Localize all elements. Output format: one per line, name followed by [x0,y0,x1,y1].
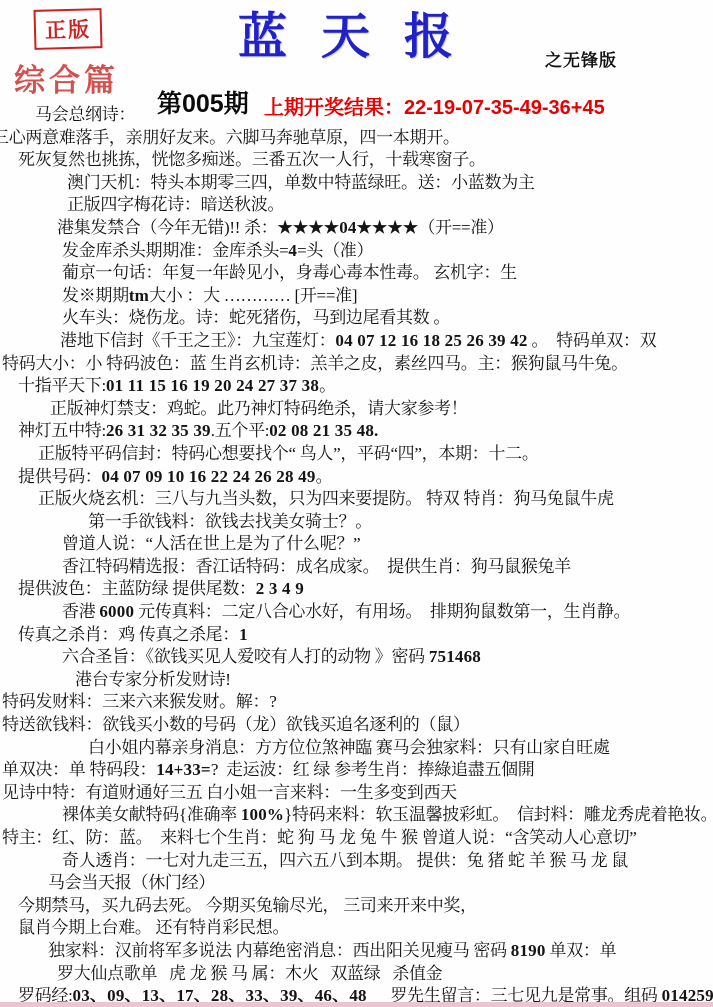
content-line: 港台专家分析发财诗! [75,669,713,692]
content-line: 三心两意难落手，亲朋好友来。六脚马奔驰草原，四一本期开。 [0,127,713,150]
text-segment: 正版四字梅花诗：暗送秋波。 [67,195,284,214]
number-segment: 14+33= [156,760,211,779]
content-line: 香江特码精选报：香江话特码：成名成家。 提供生肖：狗马鼠猴兔羊 [62,556,713,579]
text-segment: }特码来料：软玉温馨披彩虹。 信封料：雕龙秀虎着艳妆。 [284,805,713,824]
text-segment: 单双：单 [546,941,617,960]
text-segment: 正版火烧玄机：三八与九当头数，只为四来要提防。 特双 特肖：狗马兔鼠牛虎 [38,489,614,508]
text-segment: =头（准） [297,241,373,260]
content-line: 提供波色：主蓝防绿 提供尾数：2 3 4 9 [18,578,713,601]
content-line: 十指平天下:01 11 15 16 19 20 24 27 37 38。 [18,375,713,398]
text-segment: 三心两意难落手，亲朋好友来。六脚马奔驰草原，四一本期开。 [0,128,460,147]
page-title: 蓝天报 [238,0,487,68]
content-line: 单双决：单 特码段：14+33=? 走运波：红 绿 参考生肖：捧綠追盡五個開 [2,759,713,782]
text-segment: 马会总纲诗： [35,105,135,124]
text-segment: 正版特平码信封：特码心想要找个“ 鸟人”，平码“四”，本期：十二。 [38,444,539,463]
text-segment: 神灯五中特: [18,421,106,440]
number-segment: 4 [288,241,297,260]
text-segment: 港地下信封《千王之王》：九宝莲灯： [60,331,335,350]
content-line: 白小姐内幕亲身消息：方方位位煞神臨 赛马会独家料：只有山家自旺處 [88,737,713,760]
content-line: 葡京一句话：年复一年龄见小，身毒心毒本性毒。 玄机字：生 [62,262,713,285]
text-segment: 单双决：单 特码段： [2,760,156,779]
content-line: 马会总纲诗： [35,104,713,127]
content-line: 火车头：烧伤龙。诗：蛇死猪伤，马到边尾看其数 。 [62,307,713,330]
genuine-badge: 正版 [33,8,102,50]
bluesky-report-page: 正版 蓝天报 之无锋版 综合篇 第005期 上期开奖结果：22-19-07-35… [0,0,713,1007]
section-label: 综合篇 [14,55,119,100]
edition-label: 之无锋版 [545,46,617,71]
content-lines: 马会总纲诗：三心两意难落手，亲朋好友来。六脚马奔驰草原，四一本期开。死灰复然也挑… [0,104,713,1007]
number-segment: 26 31 32 35 39 [106,421,211,440]
number-segment: 01 11 15 16 19 20 24 27 37 38 [106,376,319,395]
text-segment: 港台专家分析发财诗! [75,670,231,689]
content-line: 今期禁马，买九码去死。 今期买兔输尽光， 三司来开来中奖， [18,895,713,918]
content-line: 特送欲钱料：欲钱买小数的号码（龙）欲钱买追名逐利的（鼠） [2,714,713,737]
number-segment: 1 [239,625,248,644]
text-segment: .五个平: [211,421,269,440]
content-line: 曾道人说：“人活在世上是为了什么呢？” [62,533,713,556]
text-segment: 发金库杀头期期准：金库杀头= [62,241,288,260]
number-segment: 751468 [429,647,481,666]
text-segment: 正版神灯禁支：鸡蛇。此乃神灯特码绝杀，请大家参考！ [50,399,468,418]
content-line: 正版特平码信封：特码心想要找个“ 鸟人”，平码“四”，本期：十二。 [38,443,713,466]
text-segment: （开==准） [418,218,503,237]
text-segment: 特送欲钱料：欲钱买小数的号码（龙）欲钱买追名逐利的（鼠） [2,715,470,734]
text-segment: 火车头：烧伤龙。诗：蛇死猪伤，马到边尾看其数 。 [62,308,450,327]
text-segment: ? 走运波：红 绿 参考生肖：捧綠追盡五個開 [211,760,535,779]
content-line: 正版四字梅花诗：暗送秋波。 [67,194,713,217]
number-segment: ★★★★04★★★★ [277,218,418,237]
text-segment: 特码大小：小 特码波色：蓝 生肖玄机诗：羔羊之皮，素丝四马。主：猴狗鼠马牛兔。 [2,354,628,373]
content-line: 见诗中特：有道财通好三五 白小姐一言来料：一生多变到西天 [2,782,713,805]
content-line: 正版火烧玄机：三八与九当头数，只为四来要提防。 特双 特肖：狗马兔鼠牛虎 [38,488,713,511]
text-segment: 白小姐内幕亲身消息：方方位位煞神臨 赛马会独家料：只有山家自旺處 [88,738,610,757]
text-segment: 提供波色：主蓝防绿 提供尾数： [18,579,256,598]
text-segment: 大小 ：大 ………… [开==准] [149,286,357,305]
text-segment: 独家料：汉前将军多说法 内幕绝密消息：西出阳关见瘦马 密码 [48,941,511,960]
content-line: 特码发财料：三来六来猴发财。解：? [2,691,713,714]
text-segment: 。 [319,376,336,395]
text-segment: 十指平天下: [18,376,106,395]
text-segment: 死灰复然也挑拣，恍惚多痴迷。三番五次一人行，十载寒窗子。 [18,150,486,169]
number-segment: 8190 [511,941,546,960]
text-segment: 鼠肖今期上台难。 还有特肖彩民想。 [18,918,289,937]
text-segment: 特码发财料：三来六来猴发财。解：? [2,692,276,711]
number-segment: 6000 [99,602,134,621]
content-line: 港集发禁合（今年无错)!! 杀：★★★★04★★★★（开==准） [57,217,713,240]
text-segment: 。 [316,467,333,486]
content-line: 发※期期tm大小 ：大 ………… [开==准] [62,285,713,308]
content-line: 正版神灯禁支：鸡蛇。此乃神灯特码绝杀，请大家参考！ [50,398,713,421]
content-line: 澳门天机：特头本期零三四，单数中特蓝绿旺。送：小蓝数为主 [67,172,713,195]
text-segment: 特主：红、防：蓝。 来料七个生肖：蛇 狗 马 龙 兔 牛 猴 曾道人说：“含笑动… [2,828,637,847]
text-segment: 香港 [62,602,99,621]
text-segment: 。 特码单双：双 [528,331,657,350]
text-segment: 奇人透肖：一七对九走三五，四六五八到本期。 提供：兔 猪 蛇 羊 猴 马 龙 鼠 [62,851,628,870]
content-line: 特码大小：小 特码波色：蓝 生肖玄机诗：羔羊之皮，素丝四马。主：猴狗鼠马牛兔。 [2,353,713,376]
number-segment: 02 08 21 35 48. [269,421,378,440]
text-segment: 发※期期 [62,286,129,305]
text-segment: 六合圣旨：《欲钱买见人爱咬有人打的动物 》密码 [62,647,429,666]
number-segment: 100% [241,805,284,824]
text-segment: 葡京一句话：年复一年龄见小，身毒心毒本性毒。 玄机字：生 [62,263,517,282]
content-line: 罗大仙点歌单 虎 龙 猴 马 属：木火 双蓝绿 杀值金 [57,963,713,986]
content-line: 发金库杀头期期准：金库杀头=4=头（准） [62,240,713,263]
text-segment: 提供号码： [18,467,102,486]
content-line: 六合圣旨：《欲钱买见人爱咬有人打的动物 》密码 751468 [62,646,713,669]
content-line: 神灯五中特:26 31 32 35 39.五个平:02 08 21 35 48. [18,420,713,443]
text-segment: 元传真料：二定八合心水好，有用场。 排期狗鼠数第一，生肖静。 [134,602,630,621]
text-segment: 马会当天报（休门经） [48,873,215,892]
bottom-scan-strip [0,1002,713,1007]
content-line: 第一手欲钱料：欲钱去找美女骑士？。 [88,511,713,534]
content-line: 马会当天报（休门经） [48,872,713,895]
content-line: 裸体美女献特码{准确率 100%}特码来料：软玉温馨披彩虹。 信封料：雕龙秀虎着… [62,804,713,827]
text-segment: 港集发禁合（今年无错)!! 杀： [57,218,277,237]
number-segment: tm [129,286,149,305]
content-line: 鼠肖今期上台难。 还有特肖彩民想。 [18,917,713,940]
text-segment: 罗大仙点歌单 虎 龙 猴 马 属：木火 双蓝绿 杀值金 [57,964,442,983]
content-line: 提供号码：04 07 09 10 16 22 24 26 28 49。 [18,466,713,489]
number-segment: 2 3 4 9 [256,579,304,598]
content-line: 死灰复然也挑拣，恍惚多痴迷。三番五次一人行，十载寒窗子。 [18,149,713,172]
number-segment: 04 07 09 10 16 22 24 26 28 49 [102,467,316,486]
number-segment: 04 07 12 16 18 25 26 39 42 [335,331,527,350]
content-line: 独家料：汉前将军多说法 内幕绝密消息：西出阳关见瘦马 密码 8190 单双：单 [48,940,713,963]
content-line: 奇人透肖：一七对九走三五，四六五八到本期。 提供：兔 猪 蛇 羊 猴 马 龙 鼠 [62,850,713,873]
content-line: 特主：红、防：蓝。 来料七个生肖：蛇 狗 马 龙 兔 牛 猴 曾道人说：“含笑动… [2,827,713,850]
text-segment: 见诗中特：有道财通好三五 白小姐一言来料：一生多变到西天 [2,783,457,802]
text-segment: 裸体美女献特码{准确率 [62,805,241,824]
content-line: 港地下信封《千王之王》：九宝莲灯：04 07 12 16 18 25 26 39… [60,330,713,353]
text-segment: 香江特码精选报：香江话特码：成名成家。 提供生肖：狗马鼠猴兔羊 [62,557,571,576]
content-line: 传真之杀肖：鸡 传真之杀尾：1 [18,624,713,647]
text-segment: 澳门天机：特头本期零三四，单数中特蓝绿旺。送：小蓝数为主 [67,173,535,192]
text-segment: 第一手欲钱料：欲钱去找美女骑士？。 [88,512,372,531]
text-segment: 传真之杀肖：鸡 传真之杀尾： [18,625,239,644]
text-segment: 曾道人说：“人活在世上是为了什么呢？” [62,534,360,553]
content-line: 香港 6000 元传真料：二定八合心水好，有用场。 排期狗鼠数第一，生肖静。 [62,601,713,624]
text-segment: 今期禁马，买九码去死。 今期买兔输尽光， 三司来开来中奖， [18,896,477,915]
